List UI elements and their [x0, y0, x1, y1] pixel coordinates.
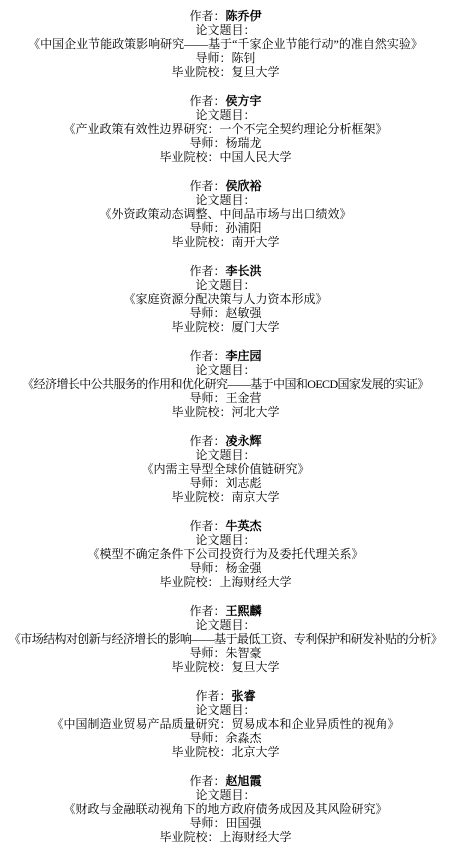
author-name: 陈乔伊 — [226, 9, 262, 23]
thesis-title: 《中国制造业贸易产品质量研究：贸易成本和企业异质性的视角》 — [0, 717, 451, 731]
author-line: 作者：王熙麟 — [0, 604, 451, 618]
thesis-title: 《产业政策有效性边界研究：一个不完全契约理论分析框架》 — [0, 122, 451, 136]
thesis-title-label: 论文题目： — [0, 278, 451, 292]
author-label: 作者： — [189, 264, 225, 278]
advisor-label: 导师： — [189, 306, 225, 320]
advisor-label: 导师： — [189, 221, 225, 235]
advisor-name: 杨瑞龙 — [226, 136, 262, 150]
author-label: 作者： — [189, 519, 225, 533]
school-line: 毕业院校：河北大学 — [0, 405, 451, 419]
advisor-label: 导师： — [189, 561, 225, 575]
advisor-name: 刘志彪 — [226, 476, 262, 490]
school-line: 毕业院校：南开大学 — [0, 235, 451, 249]
school-line: 毕业院校：北京大学 — [0, 745, 451, 759]
school-name: 南开大学 — [232, 235, 280, 249]
school-line: 毕业院校：复旦大学 — [0, 65, 451, 79]
school-name: 河北大学 — [232, 405, 280, 419]
author-label: 作者： — [189, 94, 225, 108]
advisor-label: 导师： — [189, 816, 225, 830]
author-line: 作者：赵旭霞 — [0, 774, 451, 788]
advisor-name: 陈钊 — [232, 51, 256, 65]
advisor-label: 导师： — [189, 391, 225, 405]
school-name: 上海财经大学 — [220, 830, 292, 844]
author-label: 作者： — [189, 774, 225, 788]
advisor-line: 导师：杨瑞龙 — [0, 136, 451, 150]
school-label: 毕业院校： — [171, 405, 231, 419]
thesis-title: 《经济增长中公共服务的作用和优化研究——基于中国和OECD国家发展的实证》 — [0, 377, 451, 391]
school-line: 毕业院校：复旦大学 — [0, 660, 451, 674]
thesis-title: 《市场结构对创新与经济增长的影响——基于最低工资、专利保护和研发补贴的分析》 — [0, 632, 451, 646]
school-label: 毕业院校： — [171, 745, 231, 759]
author-name: 凌永辉 — [226, 434, 262, 448]
advisor-label: 导师： — [189, 476, 225, 490]
author-line: 作者：李长洪 — [0, 264, 451, 278]
school-name: 北京大学 — [232, 745, 280, 759]
advisor-name: 朱智豪 — [226, 646, 262, 660]
school-line: 毕业院校：厦门大学 — [0, 320, 451, 334]
school-label: 毕业院校： — [159, 150, 219, 164]
author-name: 李长洪 — [226, 264, 262, 278]
thesis-entry: 作者：侯方宇 论文题目： 《产业政策有效性边界研究：一个不完全契约理论分析框架》… — [0, 94, 451, 164]
thesis-title: 《内需主导型全球价值链研究》 — [0, 462, 451, 476]
author-label: 作者： — [189, 9, 225, 23]
thesis-entry: 作者：李庄园 论文题目： 《经济增长中公共服务的作用和优化研究——基于中国和OE… — [0, 349, 451, 419]
thesis-title: 《模型不确定条件下公司投资行为及委托代理关系》 — [0, 547, 451, 561]
school-name: 复旦大学 — [232, 660, 280, 674]
author-name: 赵旭霞 — [226, 774, 262, 788]
school-label: 毕业院校： — [171, 235, 231, 249]
school-label: 毕业院校： — [171, 660, 231, 674]
thesis-title: 《财政与金融联动视角下的地方政府债务成因及其风险研究》 — [0, 802, 451, 816]
advisor-line: 导师：刘志彪 — [0, 476, 451, 490]
school-label: 毕业院校： — [171, 490, 231, 504]
advisor-label: 导师： — [195, 51, 231, 65]
school-line: 毕业院校：南京大学 — [0, 490, 451, 504]
school-name: 复旦大学 — [232, 65, 280, 79]
thesis-entry: 作者：凌永辉 论文题目： 《内需主导型全球价值链研究》 导师：刘志彪 毕业院校：… — [0, 434, 451, 504]
author-line: 作者：李庄园 — [0, 349, 451, 363]
advisor-line: 导师：孙浦阳 — [0, 221, 451, 235]
thesis-title-label: 论文题目： — [0, 448, 451, 462]
thesis-list: 作者：陈乔伊 论文题目： 《中国企业节能政策影响研究——基于“千家企业节能行动”… — [0, 0, 451, 844]
advisor-line: 导师：陈钊 — [0, 51, 451, 65]
school-label: 毕业院校： — [159, 575, 219, 589]
school-label: 毕业院校： — [171, 320, 231, 334]
thesis-entry: 作者：陈乔伊 论文题目： 《中国企业节能政策影响研究——基于“千家企业节能行动”… — [0, 9, 451, 79]
advisor-line: 导师：余淼杰 — [0, 731, 451, 745]
thesis-title-label: 论文题目： — [0, 703, 451, 717]
advisor-line: 导师：朱智豪 — [0, 646, 451, 660]
school-line: 毕业院校：上海财经大学 — [0, 830, 451, 844]
thesis-entry: 作者：赵旭霞 论文题目： 《财政与金融联动视角下的地方政府债务成因及其风险研究》… — [0, 774, 451, 844]
author-line: 作者：陈乔伊 — [0, 9, 451, 23]
school-name: 中国人民大学 — [220, 150, 292, 164]
author-line: 作者：牛英杰 — [0, 519, 451, 533]
author-name: 张睿 — [232, 689, 256, 703]
school-name: 南京大学 — [232, 490, 280, 504]
advisor-name: 杨金强 — [226, 561, 262, 575]
thesis-title-label: 论文题目： — [0, 108, 451, 122]
advisor-label: 导师： — [189, 136, 225, 150]
school-label: 毕业院校： — [159, 830, 219, 844]
thesis-title-label: 论文题目： — [0, 363, 451, 377]
thesis-entry: 作者：李长洪 论文题目： 《家庭资源分配决策与人力资本形成》 导师：赵敏强 毕业… — [0, 264, 451, 334]
thesis-title-label: 论文题目： — [0, 618, 451, 632]
thesis-title: 《中国企业节能政策影响研究——基于“千家企业节能行动”的准自然实验》 — [0, 37, 451, 51]
thesis-entry: 作者：张睿 论文题目： 《中国制造业贸易产品质量研究：贸易成本和企业异质性的视角… — [0, 689, 451, 759]
school-name: 上海财经大学 — [220, 575, 292, 589]
author-label: 作者： — [189, 604, 225, 618]
advisor-line: 导师：田国强 — [0, 816, 451, 830]
school-name: 厦门大学 — [232, 320, 280, 334]
author-line: 作者：凌永辉 — [0, 434, 451, 448]
author-name: 侯欣裕 — [226, 179, 262, 193]
thesis-title-label: 论文题目： — [0, 533, 451, 547]
advisor-label: 导师： — [189, 731, 225, 745]
thesis-title-label: 论文题目： — [0, 23, 451, 37]
author-label: 作者： — [189, 349, 225, 363]
author-name: 牛英杰 — [226, 519, 262, 533]
advisor-name: 田国强 — [226, 816, 262, 830]
thesis-title: 《家庭资源分配决策与人力资本形成》 — [0, 292, 451, 306]
author-label: 作者： — [189, 434, 225, 448]
author-label: 作者： — [195, 689, 231, 703]
author-label: 作者： — [189, 179, 225, 193]
thesis-title-label: 论文题目： — [0, 788, 451, 802]
advisor-line: 导师：杨金强 — [0, 561, 451, 575]
school-label: 毕业院校： — [171, 65, 231, 79]
advisor-line: 导师：赵敏强 — [0, 306, 451, 320]
author-name: 王熙麟 — [226, 604, 262, 618]
author-line: 作者：张睿 — [0, 689, 451, 703]
author-line: 作者：侯欣裕 — [0, 179, 451, 193]
thesis-entry: 作者：牛英杰 论文题目： 《模型不确定条件下公司投资行为及委托代理关系》 导师：… — [0, 519, 451, 589]
thesis-entry: 作者：侯欣裕 论文题目： 《外资政策动态调整、中间品市场与出口绩效》 导师：孙浦… — [0, 179, 451, 249]
school-line: 毕业院校：中国人民大学 — [0, 150, 451, 164]
advisor-name: 王金营 — [226, 391, 262, 405]
advisor-name: 孙浦阳 — [226, 221, 262, 235]
school-line: 毕业院校：上海财经大学 — [0, 575, 451, 589]
advisor-name: 余淼杰 — [226, 731, 262, 745]
author-name: 李庄园 — [226, 349, 262, 363]
thesis-title-label: 论文题目： — [0, 193, 451, 207]
author-line: 作者：侯方宇 — [0, 94, 451, 108]
advisor-label: 导师： — [189, 646, 225, 660]
author-name: 侯方宇 — [226, 94, 262, 108]
advisor-name: 赵敏强 — [226, 306, 262, 320]
advisor-line: 导师：王金营 — [0, 391, 451, 405]
thesis-title: 《外资政策动态调整、中间品市场与出口绩效》 — [0, 207, 451, 221]
thesis-entry: 作者：王熙麟 论文题目： 《市场结构对创新与经济增长的影响——基于最低工资、专利… — [0, 604, 451, 674]
